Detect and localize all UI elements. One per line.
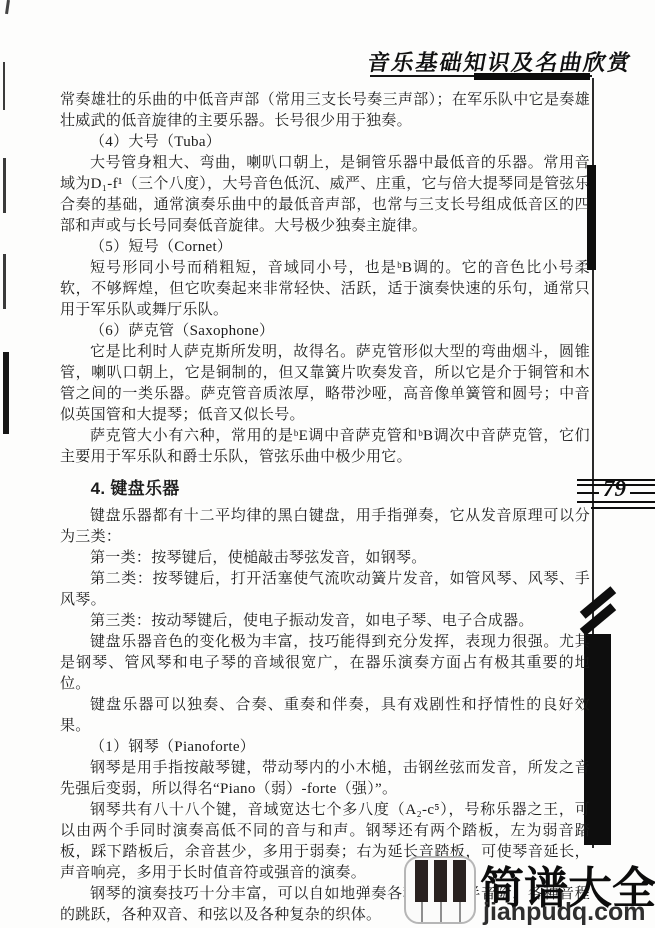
paragraph-continuation: 常奏雄壮的乐曲的中低音声部（常用三支长号奏三声部）；在军乐队中它是奏雄壮威武的低… <box>60 90 590 132</box>
body-text-column: 常奏雄壮的乐曲的中低音声部（常用三支长号奏三声部）；在军乐队中它是奏雄壮威武的低… <box>60 90 590 926</box>
section-heading-keyboard: 4. 键盘乐器 <box>60 478 590 499</box>
scan-artifact-corner <box>5 0 10 14</box>
header-rule-thick <box>474 73 590 80</box>
paragraph-keyboard-tone: 键盘乐器音色的变化极为丰富，技巧能得到充分发挥，表现力很强。尤其是钢琴、管风琴和… <box>60 632 590 695</box>
paragraph-keyboard-roles: 键盘乐器可以独奏、合奏、重奏和伴奏，具有戏剧性和抒情性的良好效果。 <box>60 695 590 737</box>
subhead-saxophone: （6）萨克管（Saxophone） <box>60 321 590 342</box>
paragraph-keyboard-type1: 第一类：按琴键后，使槌敲击琴弦发音，如钢琴。 <box>60 548 590 569</box>
scan-artifact-left-4 <box>3 352 9 434</box>
scan-artifact-left-2 <box>3 158 6 213</box>
subhead-piano: （1）钢琴（Pianoforte） <box>60 737 590 758</box>
page-number: 79 <box>599 476 630 502</box>
paragraph-tuba: 大号管身粗大、弯曲，喇叭口朝上，是铜管乐器中最低音的乐器。常用音域为D₁-f¹（… <box>60 153 590 237</box>
subhead-tuba: （4）大号（Tuba） <box>60 132 590 153</box>
subhead-cornet: （5）短号（Cornet） <box>60 237 590 258</box>
watermark-logo: 简谱大全 jianpudq.com <box>404 856 655 928</box>
paragraph-piano-1: 钢琴是用手指按敲琴键，带动琴内的小木槌，击钢丝弦而发音，所发之音先强后变弱，所以… <box>60 758 590 800</box>
scan-artifact-left-1 <box>3 62 5 110</box>
piano-keys-icon <box>404 856 476 924</box>
page-number-rule <box>591 507 655 509</box>
paragraph-keyboard-intro: 键盘乐器都有十二平均律的黑白键盘，用手指弹奏，它从发音原理可以分为三类： <box>60 506 590 548</box>
page-number-rule <box>630 492 655 494</box>
paragraph-saxophone-1: 它是比利时人萨克斯所发明，故得名。萨克管形似大型的弯曲烟斗，圆锥管，喇叭口朝上，… <box>60 342 590 426</box>
watermark-domain: jianpudq.com <box>483 898 646 927</box>
paragraph-keyboard-type2: 第二类：按琴键后，打开活塞使气流吹动簧片发音，如管风琴、风琴、手风琴。 <box>60 569 590 611</box>
paragraph-cornet: 短号形同小号而稍粗短，音域同小号，也是ᵇB调的。它的音色比小号柔软，不够辉煌，但… <box>60 258 590 321</box>
paragraph-keyboard-type3: 第三类：按动琴键后，使电子振动发音，如电子琴、电子合成器。 <box>60 611 590 632</box>
paragraph-saxophone-2: 萨克管大小有六种，常用的是ᵇE调中音萨克管和ᵇB调次中音萨克管，它们主要用于军乐… <box>60 426 590 468</box>
scan-artifact-left-3 <box>3 254 6 309</box>
